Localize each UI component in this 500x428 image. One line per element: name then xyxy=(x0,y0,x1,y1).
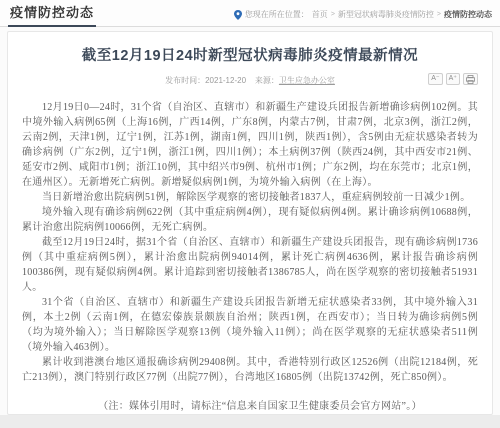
breadcrumb-parent-link[interactable]: 新型冠状病毒肺炎疫情防控 xyxy=(338,9,434,20)
breadcrumb-home-link[interactable]: 首页 xyxy=(312,9,328,20)
article-meta: 发布时间：2021-12-20 来源：卫生应急办公室 A⁻ A⁺ xyxy=(22,75,478,89)
location-pin-icon xyxy=(234,10,242,20)
article-paragraph: 截至12月19日24时，据31个省（自治区、直辖市）和新疆生产建设兵团报告，现有… xyxy=(22,235,478,295)
section-title: 疫情防控动态 xyxy=(8,2,96,27)
source-label: 来源： xyxy=(255,76,279,85)
font-decrease-button[interactable]: A⁻ xyxy=(428,73,442,85)
citation-note: （注：媒体引用时，请标注“信息来自国家卫生健康委员会官方网站”。） xyxy=(22,399,478,414)
breadcrumb-separator: > xyxy=(331,11,335,18)
article-paragraph: 31个省（自治区、直辖市）和新疆生产建设兵团报告新增无症状感染者33例，其中境外… xyxy=(22,295,478,355)
article-paragraph: 当日新增治愈出院病例51例，解除医学观察的密切接触者1837人，重症病例较前一日… xyxy=(22,190,478,205)
article-toolbar: A⁻ A⁺ xyxy=(428,73,478,85)
breadcrumb-prefix: 您现在所在位置： xyxy=(245,9,309,20)
article-card: 截至12月19日24时新型冠状病毒肺炎疫情最新情况 发布时间：2021-12-2… xyxy=(7,31,493,415)
article-paragraph: 境外输入现有确诊病例622例（其中重症病例4例），现有疑似病例4例。累计确诊病例… xyxy=(22,205,478,235)
article-title: 截至12月19日24时新型冠状病毒肺炎疫情最新情况 xyxy=(22,44,478,65)
publish-time-label: 发布时间： xyxy=(165,76,205,85)
print-button[interactable] xyxy=(463,73,478,85)
page-header: 疫情防控动态 您现在所在位置： 首页 > 新型冠状病毒肺炎疫情防控 > 疫情防控… xyxy=(0,0,500,27)
article-body: 12月19日0—24时，31个省（自治区、直辖市）和新疆生产建设兵团报告新增确诊… xyxy=(22,100,478,414)
page-footer-strip xyxy=(0,415,500,428)
print-icon xyxy=(466,75,475,84)
breadcrumb-separator: > xyxy=(437,11,441,18)
source-link[interactable]: 卫生应急办公室 xyxy=(279,76,335,85)
font-increase-button[interactable]: A⁺ xyxy=(446,73,460,85)
article-paragraph: 12月19日0—24时，31个省（自治区、直辖市）和新疆生产建设兵团报告新增确诊… xyxy=(22,100,478,190)
article-paragraph: 累计收到港澳台地区通报确诊病例29408例。其中，香港特别行政区12526例（出… xyxy=(22,355,478,385)
breadcrumb-current: 疫情防控动态 xyxy=(444,9,492,20)
breadcrumb: 您现在所在位置： 首页 > 新型冠状病毒肺炎疫情防控 > 疫情防控动态 xyxy=(234,9,492,26)
publish-date: 2021-12-20 xyxy=(205,76,246,85)
